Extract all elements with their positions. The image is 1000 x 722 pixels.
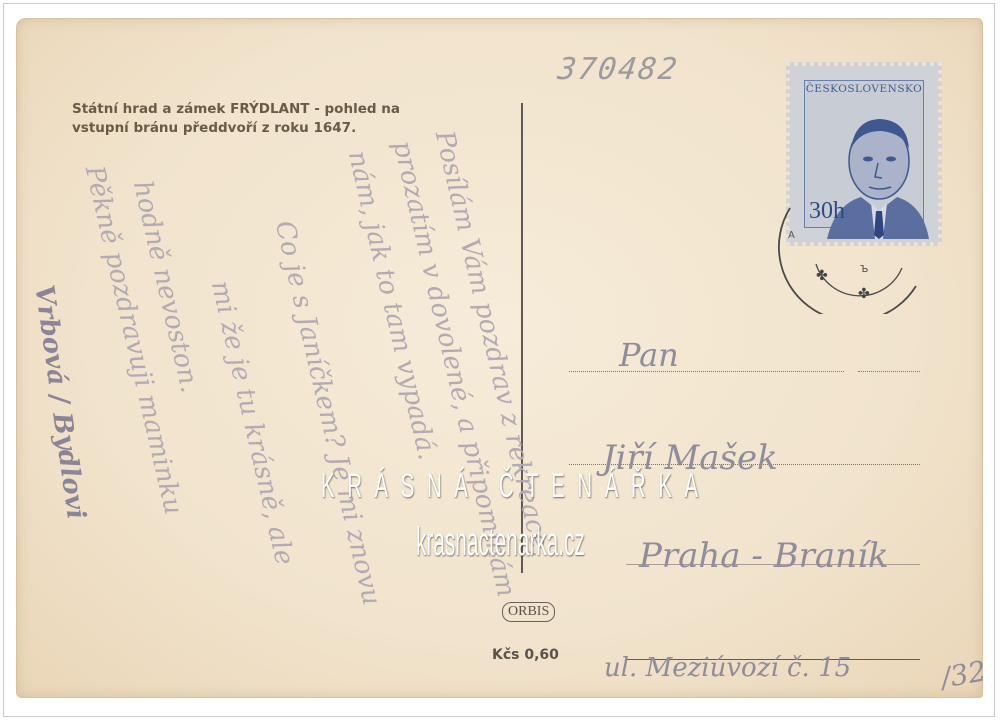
address-street: ul. Meziúvozí č. 15: [604, 653, 851, 683]
caption-line-1: Státní hrad a zámek FRÝDLANT - pohled na: [72, 100, 472, 119]
caption-line-2: vstupní bránu předdvoří z roku 1647.: [72, 119, 472, 138]
postcard-caption: Státní hrad a zámek FRÝDLANT - pohled na…: [72, 100, 472, 138]
address-line-1b: [858, 371, 920, 372]
postcard: Státní hrad a zámek FRÝDLANT - pohled na…: [16, 18, 983, 698]
address-line-1a: [569, 371, 844, 372]
message-line-5: mi že je tu krásně, ale: [205, 278, 300, 568]
watermark-url: krasnactenarka.cz: [416, 520, 585, 565]
svg-text:ъ: ъ: [860, 261, 868, 275]
watermark-title: KRÁSNÁ ČTENÁŘKA: [321, 467, 561, 506]
message-signature: Vrbová / Bydlovi: [28, 283, 91, 521]
svg-text:✤: ✤: [816, 268, 828, 284]
address-salutation: Pan: [619, 336, 679, 374]
price-label: Kčs 0,60: [492, 647, 559, 663]
inventory-number: 370482: [556, 52, 681, 87]
svg-text:A: A: [788, 230, 795, 241]
address-note: /32: [938, 654, 983, 694]
postmark-circle-icon: ✤ ✤ ъ A: [776, 168, 936, 314]
stamp-country: ČESKOSLOVENSKO: [805, 83, 923, 95]
svg-text:✤: ✤: [858, 286, 870, 302]
publisher-logo: ORBIS: [502, 602, 555, 622]
address-city: Praha - Braník: [639, 536, 889, 576]
